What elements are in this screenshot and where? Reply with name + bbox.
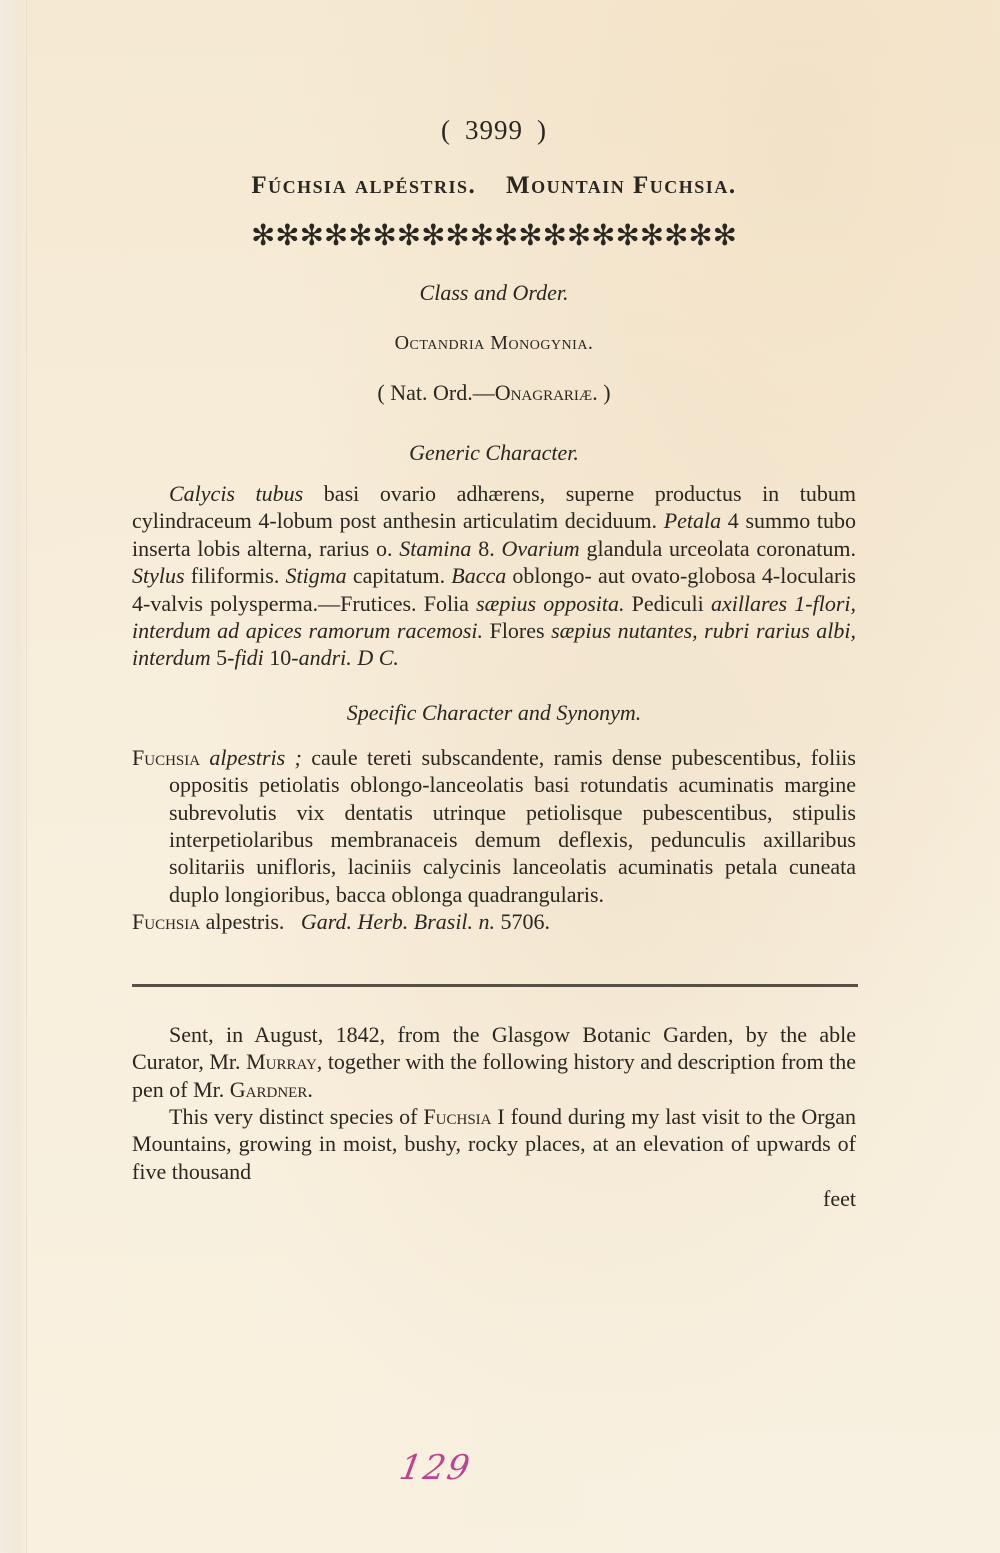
generic-segment: Bacca — [451, 563, 506, 588]
close-paren: ) — [523, 115, 561, 145]
open-paren: ( — [427, 115, 465, 145]
title-genus: Fúchsia — [251, 172, 347, 199]
page-title: Fúchsia alpéstris. Mountain Fuchsia. — [132, 168, 856, 204]
generic-segment: 8. — [471, 536, 501, 561]
generic-segment: sæpius opposita. — [476, 591, 624, 616]
generic-segment: Stamina — [399, 536, 471, 561]
name-murray: Murray — [246, 1049, 317, 1074]
generic-segment: 5- — [211, 645, 235, 670]
synonym-reference: Gard. Herb. Brasil. n. — [301, 909, 495, 934]
generic-segment: Stylus — [132, 563, 185, 588]
generic-segment: Petala — [664, 508, 721, 533]
name-gardner: Gardner — [230, 1077, 308, 1102]
asterisk-ornament: ✻✻✻✻✻✻✻✻✻✻✻✻✻✻✻✻✻✻✻✻ — [132, 220, 856, 250]
natural-order: ( Nat. Ord.—Onagrariæ. ) — [132, 376, 856, 410]
handwritten-page-number: 129 — [396, 1448, 474, 1488]
natural-order-value: Onagrariæ. — [495, 380, 598, 405]
catchword: feet — [132, 1185, 856, 1212]
generic-segment: andri. — [299, 645, 352, 670]
synonym-species: alpestris. — [200, 909, 284, 934]
generic-character-text: Calycis tubus basi ovario adhærens, supe… — [132, 480, 856, 672]
class-order-heading: Class and Order. — [132, 278, 856, 308]
specific-species: alpestris ; — [209, 745, 301, 770]
specific-character-heading: Specific Character and Synonym. — [132, 698, 856, 728]
specific-character-text: Fuchsia alpestris ; caule tereti subscan… — [132, 744, 856, 908]
generic-segment: fidi — [234, 645, 263, 670]
narrative-2a: This very distinct species of — [169, 1104, 423, 1129]
section-divider — [132, 984, 858, 987]
generic-segment: D C. — [357, 645, 399, 670]
title-species: alpéstris. — [355, 172, 476, 199]
generic-segment: 10- — [264, 645, 299, 670]
title-common-2: Fuchsia. — [633, 172, 737, 199]
generic-segment: capitatum. — [347, 563, 452, 588]
generic-segment: Calycis tubus — [169, 481, 303, 506]
natural-order-prefix: ( Nat. Ord.— — [377, 380, 494, 405]
title-common-1: Mountain — [506, 172, 625, 199]
plate-number-value: 3999 — [465, 115, 523, 145]
specific-genus: Fuchsia — [132, 745, 200, 770]
narrative-paragraph-1: Sent, in August, 1842, from the Glasgow … — [132, 1021, 856, 1103]
binding-edge — [0, 0, 27, 1553]
generic-segment: Pediculi — [625, 591, 711, 616]
synonym-line: Fuchsia alpestris. Gard. Herb. Brasil. n… — [132, 908, 856, 935]
narrative-paragraph-2: This very distinct species of Fuchsia I … — [132, 1103, 856, 1185]
synonym-number: 5706. — [495, 909, 550, 934]
generic-character-heading: Generic Character. — [132, 438, 856, 468]
plate-number: (3999) — [132, 110, 856, 150]
page-content: (3999) Fúchsia alpéstris. Mountain Fuchs… — [132, 110, 856, 1213]
natural-order-suffix: ) — [598, 380, 611, 405]
generic-segment: Flores — [483, 618, 551, 643]
class-order-value: Octandria Monogynia. — [132, 328, 856, 358]
synonym-genus: Fuchsia — [132, 909, 200, 934]
generic-segment: glandula urceolata coronatum. — [580, 536, 856, 561]
narrative-1c: . — [307, 1077, 313, 1102]
generic-segment: Ovarium — [501, 536, 579, 561]
genus-fuchsia: Fuchsia — [423, 1104, 491, 1129]
generic-segment: Stigma — [286, 563, 347, 588]
generic-segment: filiformis. — [185, 563, 286, 588]
